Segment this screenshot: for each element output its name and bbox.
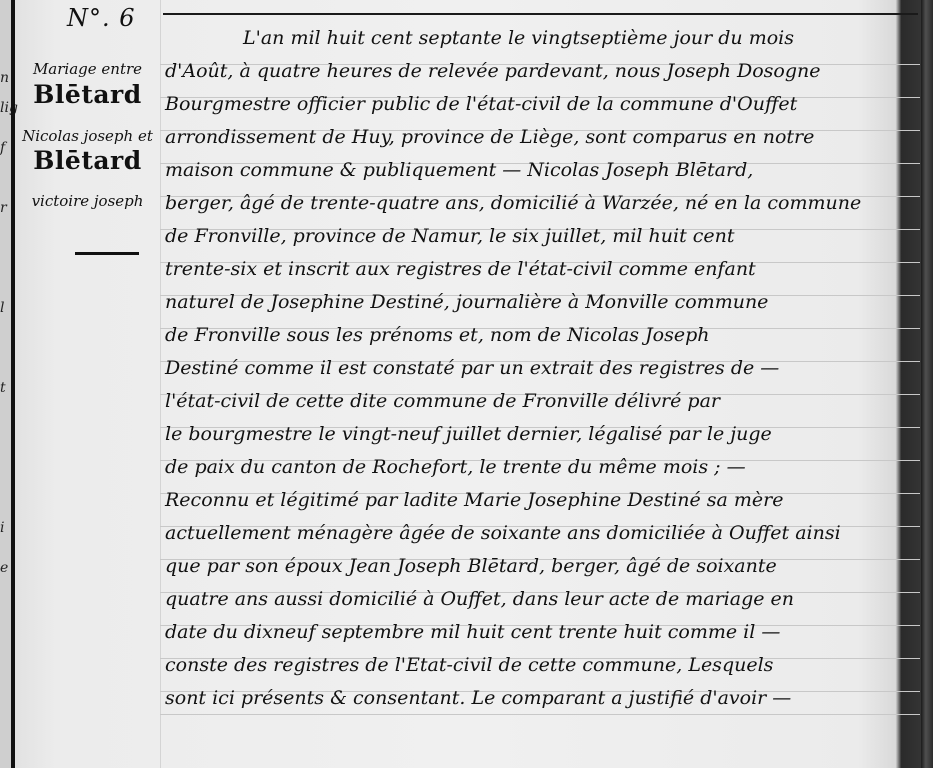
text-line: maison commune & publiquement — Nicolas … (165, 158, 753, 182)
text-line: de Fronville sous les prénoms et, nom de… (165, 323, 710, 347)
text-line: le bourgmestre le vingt-neuf juillet der… (165, 422, 772, 446)
text-line: Reconnu et légitimé par ladite Marie Jos… (165, 488, 783, 512)
right-binding-edge (921, 0, 933, 768)
text-line: quatre ans aussi domicilié à Ouffet, dan… (165, 587, 794, 611)
text-line: berger, âgé de trente-quatre ans, domici… (165, 191, 861, 215)
text-line: que par son époux Jean Joseph Blētard, b… (165, 554, 777, 578)
text-line: trente-six et inscrit aux registres de l… (165, 257, 756, 281)
bride-given-names: victoire joseph (15, 192, 160, 210)
text-line: L'an mil huit cent septante le vingtsept… (243, 26, 794, 50)
previous-page-fragment: l (0, 300, 4, 316)
text-line: actuellement ménagère âgée de soixante a… (165, 521, 841, 545)
text-line: naturel de Josephine Destiné, journalièr… (165, 290, 768, 314)
previous-page-fragment: f (0, 140, 5, 156)
text-line: date du dixneuf septembre mil huit cent … (165, 620, 780, 644)
previous-page-edge: n lig f r l t i e (0, 0, 11, 768)
entry-number: N°. 6 (67, 4, 136, 32)
text-line: Destiné comme il est constaté par un ext… (165, 356, 779, 380)
margin-divider (160, 0, 161, 768)
text-line: arrondissement de Huy, province de Liège… (165, 125, 814, 149)
text-line: d'Août, à quatre heures de relevée parde… (165, 59, 820, 83)
groom-given-names: Nicolas joseph et (15, 127, 160, 145)
top-rule (163, 13, 918, 15)
previous-page-fragment: i (0, 520, 4, 536)
text-line: l'état-civil de cette dite commune de Fr… (165, 389, 720, 413)
margin-column: N°. 6 Mariage entre Blētard Nicolas jose… (15, 0, 160, 768)
text-line: de paix du canton de Rochefort, le trent… (165, 455, 746, 479)
bride-surname: Blētard (15, 146, 160, 175)
text-line: de Fronville, province de Namur, le six … (165, 224, 735, 248)
previous-page-fragment: r (0, 200, 7, 216)
register-page: n lig f r l t i e N°. 6 Mariage entre Bl… (0, 0, 933, 768)
previous-page-fragment: t (0, 380, 6, 396)
text-line: conste des registres de l'Etat-civil de … (165, 653, 773, 677)
previous-page-fragment: n (0, 70, 9, 86)
margin-heading: Mariage entre (15, 60, 160, 78)
previous-page-fragment: e (0, 560, 8, 576)
text-line: sont ici présents & consentant. Le compa… (165, 686, 791, 710)
ruled-line (160, 714, 920, 715)
margin-underline (75, 252, 139, 255)
groom-surname: Blētard (15, 80, 160, 109)
text-line: Bourgmestre officier public de l'état-ci… (165, 92, 797, 116)
